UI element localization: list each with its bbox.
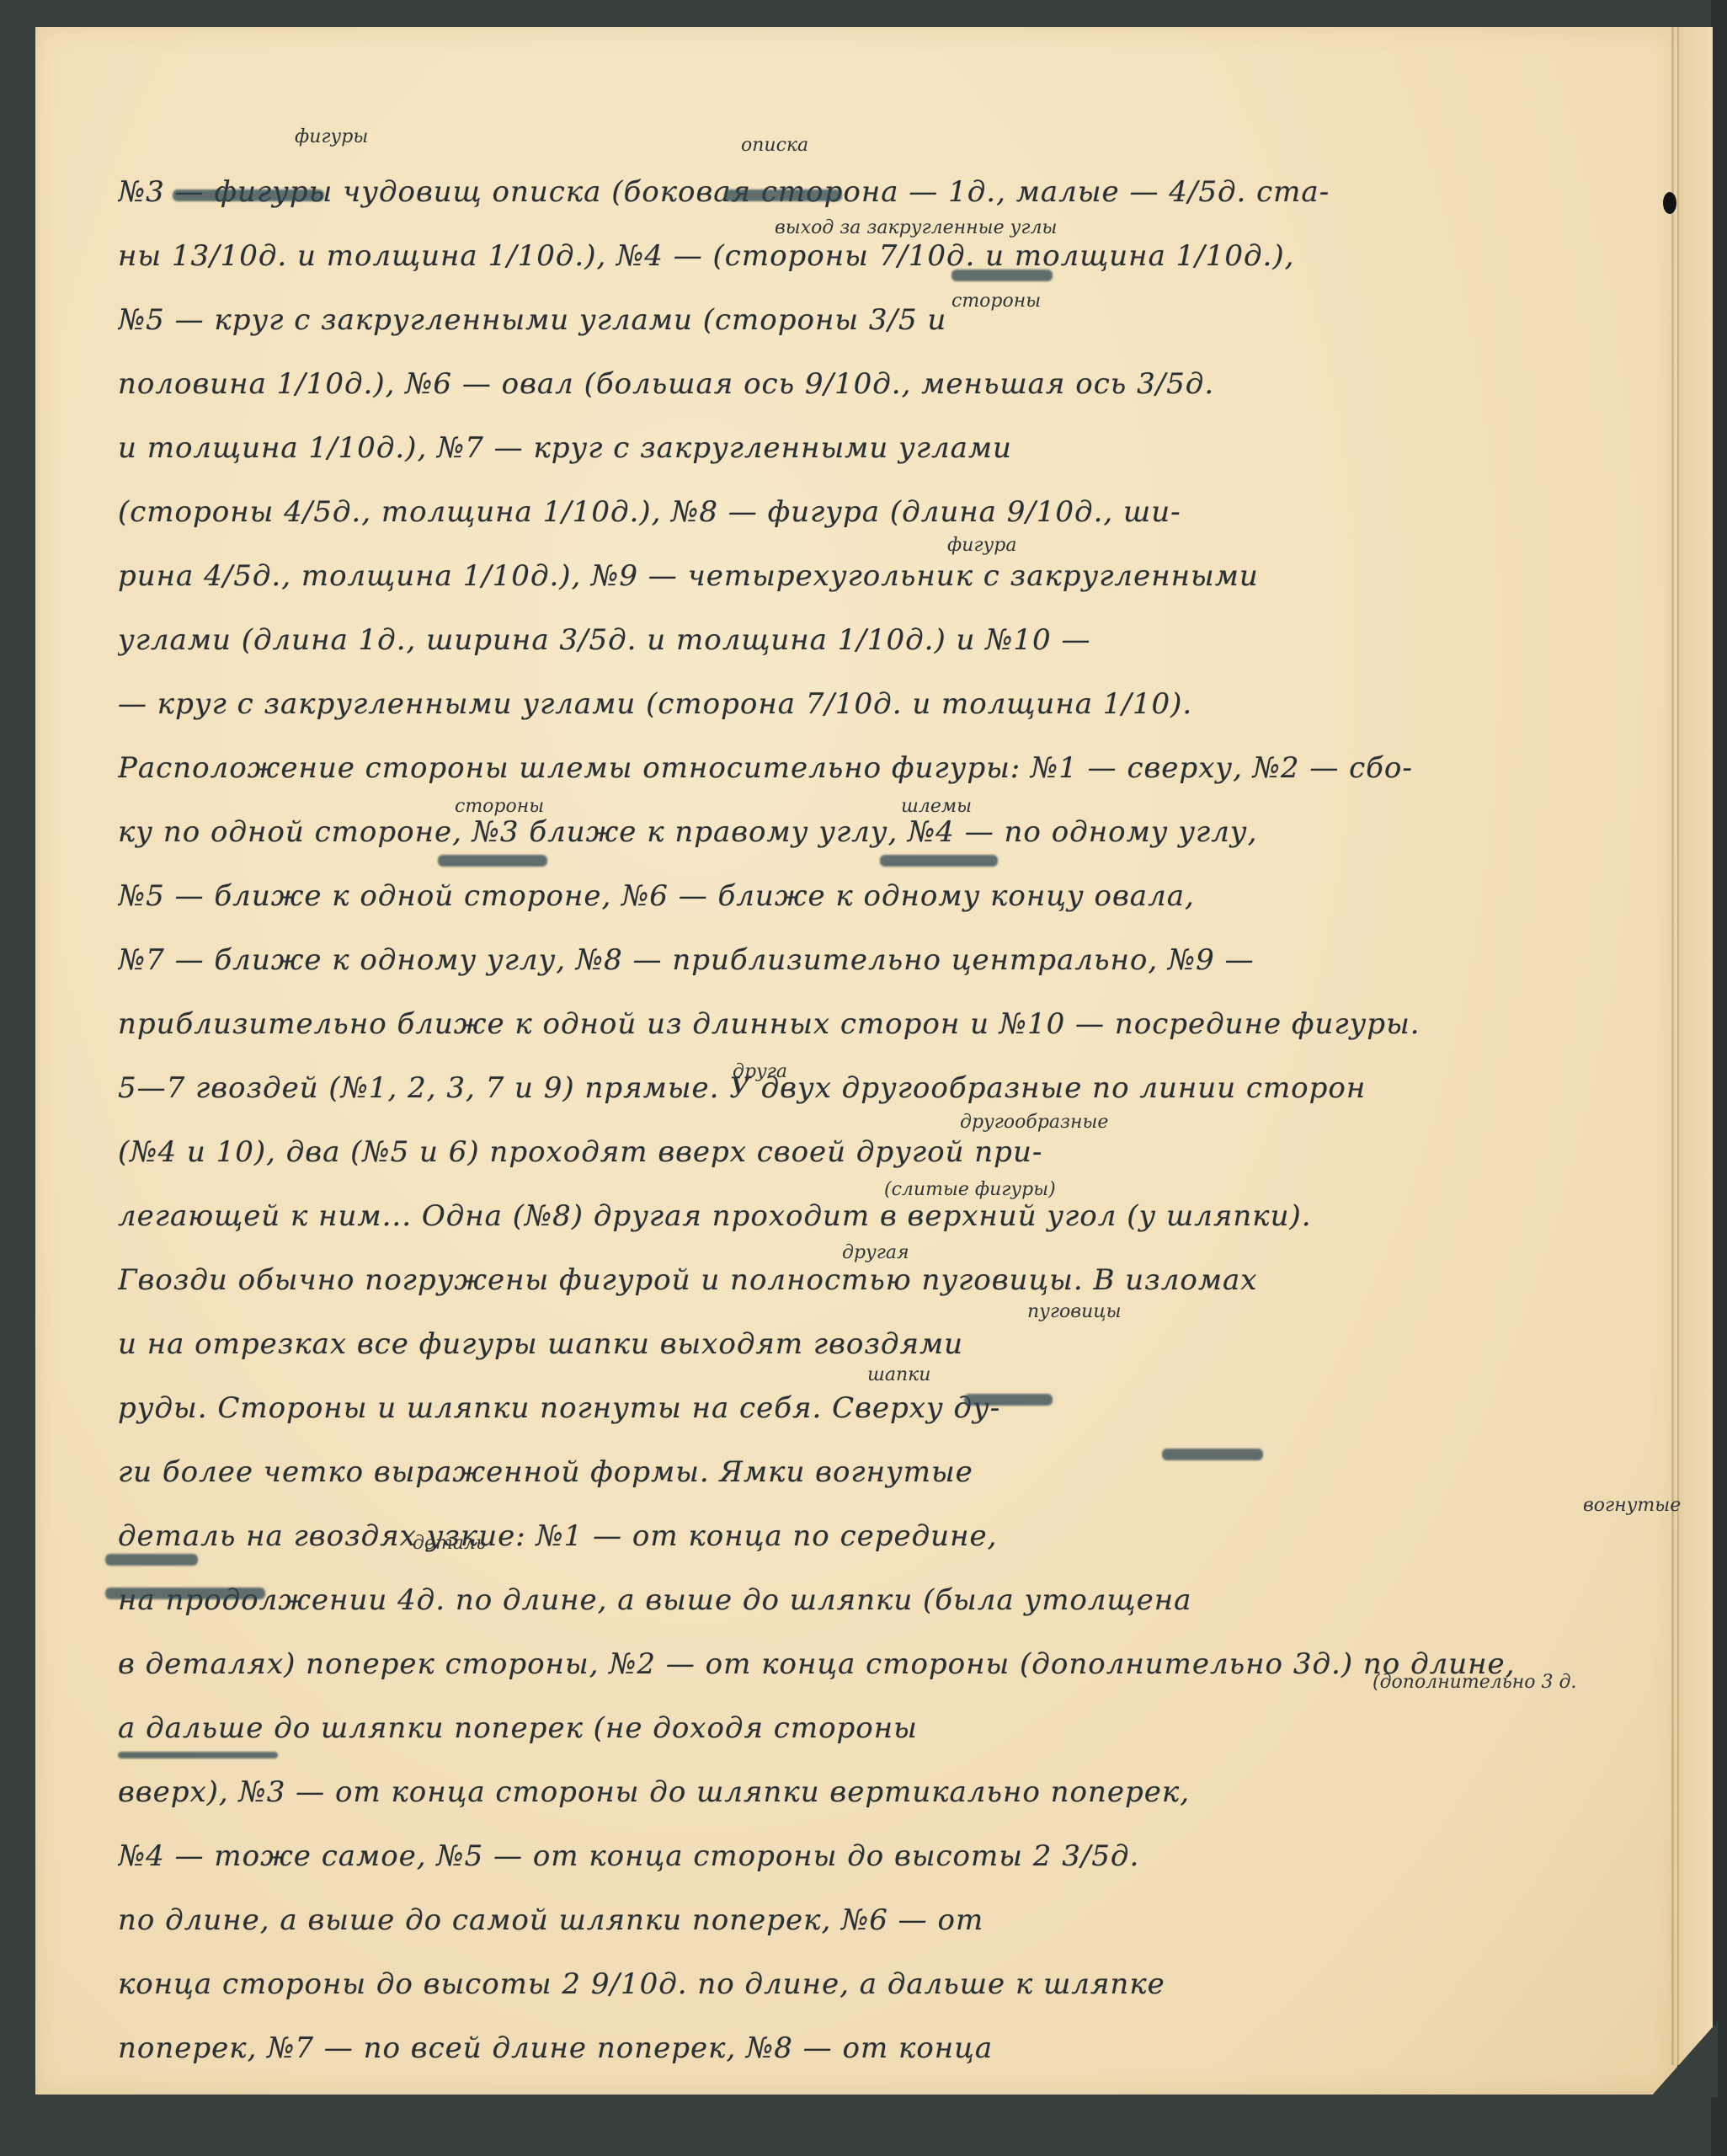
strikethrough-mark — [438, 855, 547, 867]
manuscript-line: по длине, а выше до самой шляпки поперек… — [118, 1888, 1650, 1952]
strikethrough-mark — [1162, 1449, 1263, 1460]
interlinear-insert: фигура — [947, 535, 1016, 556]
scan-background-edge — [1711, 0, 1727, 2156]
manuscript-line: 5—7 гвоздей (№1, 2, 3, 7 и 9) прямые. У … — [118, 1056, 1650, 1120]
fold-line — [1671, 27, 1674, 2065]
manuscript-line: №3 — фигуры чудовищ описка (боковая стор… — [118, 160, 1650, 224]
manuscript-line: деталь на гвоздях узкие: №1 — от конца п… — [118, 1504, 1650, 1568]
manuscript-line: приблизительно ближе к одной из длинных … — [118, 992, 1650, 1056]
manuscript-line: Расположение стороны шлемы относительно … — [118, 736, 1650, 800]
manuscript-line: и толщина 1/10д.), №7 — круг с закруглен… — [118, 416, 1650, 480]
interlinear-insert: шлемы — [901, 796, 972, 817]
interlinear-insert: друга — [733, 1061, 787, 1082]
manuscript-text-block: №3 — фигуры чудовищ описка (боковая стор… — [118, 160, 1650, 2080]
manuscript-line: (№4 и 10), два (№5 и 6) проходят вверх с… — [118, 1120, 1650, 1184]
strikethrough-mark — [880, 855, 998, 867]
strikethrough-mark — [724, 189, 842, 201]
strikethrough-mark — [105, 1554, 198, 1566]
interlinear-insert: (слитые фигуры) — [884, 1179, 1056, 1200]
interlinear-insert: стороны — [951, 291, 1041, 312]
manuscript-line: ги более четко выраженной формы. Ямки во… — [118, 1440, 1650, 1504]
strikethrough-mark — [118, 1752, 278, 1758]
manuscript-line: руды. Стороны и шляпки погнуты на себя. … — [118, 1376, 1650, 1440]
manuscript-line: на продолжении 4д. по длине, а выше до ш… — [118, 1568, 1650, 1632]
strikethrough-mark — [105, 1588, 265, 1599]
interlinear-insert: вогнутые — [1583, 1495, 1681, 1516]
manuscript-line: конца стороны до высоты 2 9/10д. по длин… — [118, 1952, 1650, 2016]
manuscript-line: №5 — ближе к одной стороне, №6 — ближе к… — [118, 864, 1650, 928]
manuscript-line: — круг с закругленными углами (сторона 7… — [118, 672, 1650, 736]
manuscript-line: №5 — круг с закругленными углами (сторон… — [118, 288, 1650, 352]
manuscript-line: (стороны 4/5д., толщина 1/10д.), №8 — фи… — [118, 480, 1650, 544]
interlinear-insert: описка — [741, 135, 808, 156]
manuscript-line: половина 1/10д.), №6 — овал (большая ось… — [118, 352, 1650, 416]
page-fold-flap — [1677, 27, 1713, 2065]
manuscript-line: поперек, №7 — по всей длине поперек, №8 … — [118, 2016, 1650, 2080]
interlinear-insert: стороны — [455, 796, 544, 817]
strikethrough-mark — [951, 269, 1053, 281]
interlinear-insert: фигуры — [295, 126, 368, 147]
manuscript-line: вверх), №3 — от конца стороны до шляпки … — [118, 1760, 1650, 1824]
interlinear-insert: выход за закругленные углы — [775, 217, 1057, 238]
ink-blot-mark — [1663, 192, 1676, 214]
interlinear-insert: другая — [842, 1242, 909, 1263]
manuscript-line: №4 — тоже самое, №5 — от конца стороны д… — [118, 1824, 1650, 1888]
interlinear-insert: шапки — [867, 1364, 930, 1385]
manuscript-line: углами (длина 1д., ширина 3/5д. и толщин… — [118, 608, 1650, 672]
interlinear-insert: деталь — [413, 1533, 486, 1554]
interlinear-insert: (дополнительно 3 д. — [1373, 1672, 1576, 1693]
manuscript-line: рина 4/5д., толщина 1/10д.), №9 — четыре… — [118, 544, 1650, 608]
manuscript-line: №7 — ближе к одному углу, №8 — приблизит… — [118, 928, 1650, 992]
strikethrough-mark — [173, 189, 324, 201]
torn-corner — [1650, 2021, 1718, 2097]
interlinear-insert: пуговицы — [1027, 1301, 1122, 1322]
interlinear-insert: другообразные — [960, 1112, 1108, 1133]
manuscript-line: а дальше до шляпки поперек (не доходя ст… — [118, 1696, 1650, 1760]
strikethrough-mark — [964, 1394, 1053, 1406]
